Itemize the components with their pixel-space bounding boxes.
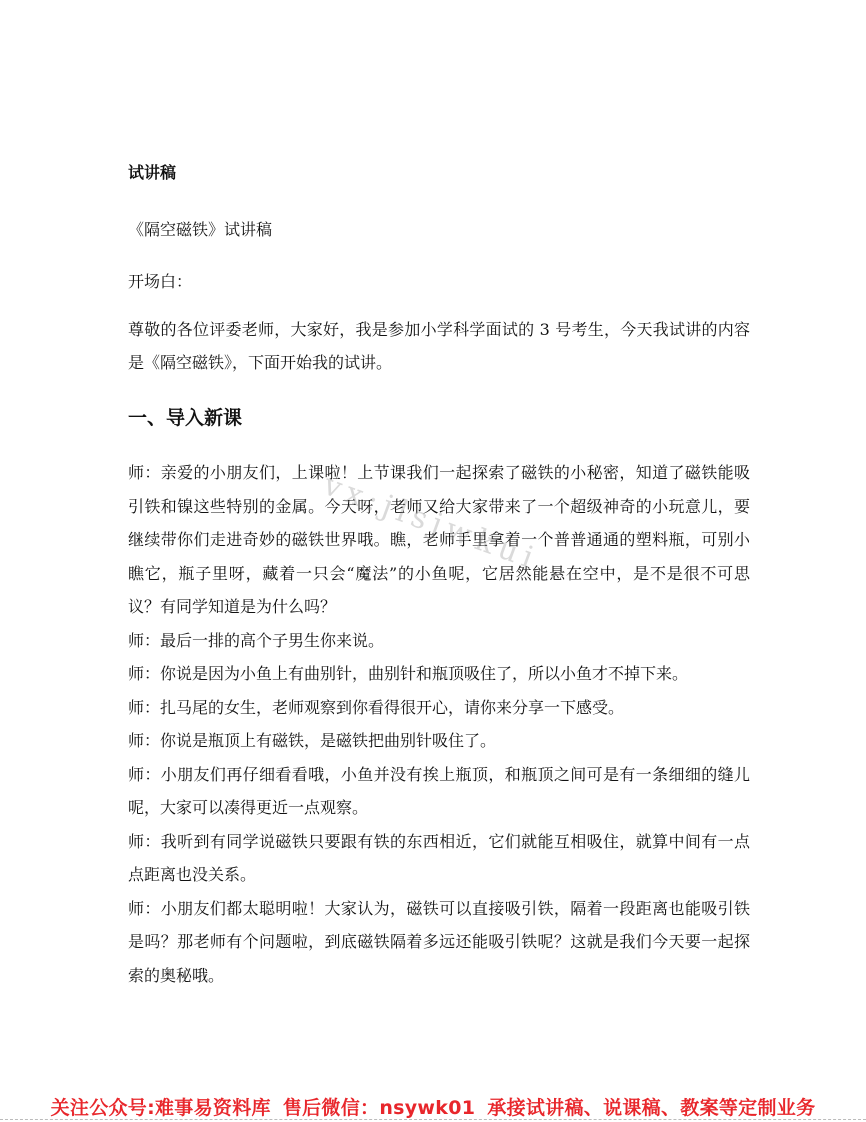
dialogue-line: 师：亲爱的小朋友们，上课啦！上节课我们一起探索了磁铁的小秘密，知道了磁铁能吸引铁… xyxy=(128,456,750,624)
footer-divider xyxy=(0,1119,866,1120)
dialogue-line: 师：我听到有同学说磁铁只要跟有铁的东西相近，它们就能互相吸住，就算中间有一点点距… xyxy=(128,825,750,892)
lesson-title: 《隔空磁铁》试讲稿 xyxy=(128,217,272,240)
section-heading: 一、导入新课 xyxy=(128,403,242,430)
dialogue-line: 师：你说是瓶顶上有磁铁，是磁铁把曲别针吸住了。 xyxy=(128,724,750,758)
footer-services: 承接试讲稿、说课稿、教案等定制业务 xyxy=(487,1097,815,1119)
dialogue-line: 师：小朋友们都太聪明啦！大家认为，磁铁可以直接吸引铁，隔着一段距离也能吸引铁是吗… xyxy=(128,892,750,993)
opening-label: 开场白： xyxy=(128,269,192,292)
dialogue-line: 师：扎马尾的女生，老师观察到你看得很开心，请你来分享一下感受。 xyxy=(128,691,750,725)
footer-banner: 关注公众号:难事易资料库售后微信：nsywk01承接试讲稿、说课稿、教案等定制业… xyxy=(0,1093,866,1122)
footer-account: 关注公众号:难事易资料库 xyxy=(51,1097,271,1119)
document-title: 试讲稿 xyxy=(128,160,176,183)
intro-paragraph: 尊敬的各位评委老师，大家好，我是参加小学科学面试的 3 号考生，今天我试讲的内容… xyxy=(128,313,750,379)
dialogue-list: 师：亲爱的小朋友们，上课啦！上节课我们一起探索了磁铁的小秘密，知道了磁铁能吸引铁… xyxy=(128,456,750,992)
dialogue-line: 师：你说是因为小鱼上有曲别针，曲别针和瓶顶吸住了，所以小鱼才不掉下来。 xyxy=(128,657,750,691)
dialogue-line: 师：小朋友们再仔细看看哦，小鱼并没有挨上瓶顶，和瓶顶之间可是有一条细细的缝儿呢，… xyxy=(128,758,750,825)
dialogue-line: 师：最后一排的高个子男生你来说。 xyxy=(128,624,750,658)
footer-wechat: 售后微信：nsywk01 xyxy=(283,1097,475,1119)
